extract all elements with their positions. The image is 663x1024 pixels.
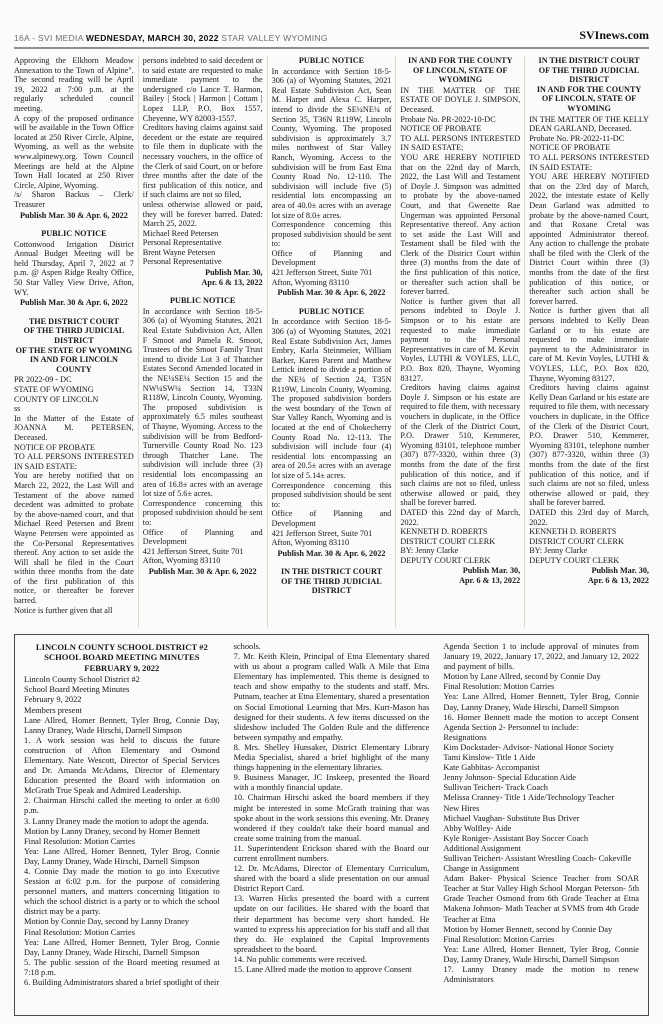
minutes-column-3: Agenda Section 1 to include approval of … bbox=[443, 642, 639, 1008]
notice-paragraph: 421 Jefferson Street, Suite 701 bbox=[272, 268, 392, 278]
notice-heading: PUBLIC NOTICE bbox=[143, 296, 263, 306]
notice-heading: PUBLIC NOTICE bbox=[272, 56, 392, 66]
notice-paragraph: Probate No. PR-2022-10-DC bbox=[400, 115, 520, 125]
notice-paragraph: 14. No public comments were received. bbox=[234, 955, 430, 965]
notice-heading: LINCOLN COUNTY SCHOOL DISTRICT #2 SCHOOL… bbox=[24, 642, 220, 673]
notice-paragraph: Final Resolution: Motion Carries bbox=[24, 928, 220, 938]
notice-paragraph: IN THE MATTER OF THE KELLY DEAN GARLAND,… bbox=[529, 115, 649, 134]
notice-paragraph: Approving the Elkhorn Meadow Annexation … bbox=[14, 56, 134, 114]
notice-paragraph: 6. Building Administrators shared a brie… bbox=[24, 978, 220, 988]
notice-paragraph: School Board Meeting Minutes bbox=[24, 685, 220, 695]
masthead-left: 16A - SVI MEDIA WEDNESDAY, MARCH 30, 202… bbox=[14, 33, 328, 43]
notice-paragraph: BY: Jenny Clarke bbox=[400, 546, 520, 556]
notice-paragraph: Kyle Roniger- Assistant Boy Soccer Coach bbox=[443, 834, 639, 844]
notice-column-5: IN THE DISTRICT COURT OF THE THIRD JUDIC… bbox=[524, 56, 649, 628]
notice-paragraph: Final Resolution: Motion Carries bbox=[24, 837, 220, 847]
notice-paragraph: DISTRICT COURT CLERK bbox=[529, 537, 649, 547]
notice-paragraph: Kim Dockstader- Advisor- National Honor … bbox=[443, 743, 639, 753]
notice-paragraph: Office of Planning and Development bbox=[272, 249, 392, 268]
notice-heading: IN AND FOR THE COUNTY OF LINCOLN, STATE … bbox=[400, 56, 520, 85]
website-link[interactable]: SVInews.com bbox=[579, 28, 649, 43]
notice-paragraph: Office of Planning and Development bbox=[272, 509, 392, 528]
notice-paragraph: Correspondence concerning this proposed … bbox=[272, 220, 392, 249]
notice-paragraph: In accordance with Section 18-5-306 (a) … bbox=[272, 317, 392, 480]
notice-paragraph: TO ALL PERSONS INTERESTED IN SAID ESTATE… bbox=[400, 134, 520, 153]
notice-paragraph: Yea: Lane Allred, Homer Bennett, Tyler B… bbox=[24, 938, 220, 958]
notice-paragraph: 13. Warren Hicks presented the board wit… bbox=[234, 894, 430, 955]
notice-paragraph: 9. Business Manager, JC Inskeep, present… bbox=[234, 773, 430, 793]
notice-paragraph: Personal Representative bbox=[143, 238, 263, 248]
notice-paragraph: Afton, Wyoming 83110 bbox=[143, 556, 263, 566]
notice-paragraph: Probate No. PR-2022-11-DC bbox=[529, 134, 649, 144]
notice-paragraph: Creditors having claims against said dec… bbox=[143, 123, 263, 200]
minutes-column-1: LINCOLN COUNTY SCHOOL DISTRICT #2 SCHOOL… bbox=[24, 642, 220, 1008]
notice-paragraph: NOTICE OF PROBATE bbox=[400, 124, 520, 134]
notice-paragraph: Notice is further given that all persons… bbox=[400, 297, 520, 355]
notice-paragraph: TO ALL PERSONS INTERESTED IN SAID ESTATE… bbox=[14, 452, 134, 471]
publish-line: Publish Mar. 30, Apr. 6 & 13, 2022 bbox=[529, 566, 649, 585]
notice-paragraph: 7. Mr. Keith Klein, Principal of Etna El… bbox=[234, 652, 430, 743]
notice-paragraph: Correspondence concerning this proposed … bbox=[272, 481, 392, 510]
notice-paragraph: Yea: Lane Allred, Homer Bennett, Tyler B… bbox=[443, 692, 639, 712]
notice-column-2: persons indebted to said decedent or to … bbox=[138, 56, 267, 628]
notice-paragraph: Correspondence concerning this proposed … bbox=[143, 499, 263, 528]
notice-paragraph: A copy of the proposed ordinance will be… bbox=[14, 114, 134, 191]
notice-heading: PUBLIC NOTICE bbox=[14, 229, 134, 239]
notice-paragraph: persons indebted to said decedent or to … bbox=[143, 56, 263, 123]
notice-paragraph: Office of Planning and Development bbox=[143, 528, 263, 547]
notice-paragraph: Motion by Connie Day, second by Lanny Dr… bbox=[24, 917, 220, 927]
notice-paragraph: In accordance with Section 18-5-306 (a) … bbox=[272, 67, 392, 221]
notice-paragraph: 16. Homer Bennett made the motion to acc… bbox=[443, 713, 639, 733]
notice-paragraph: 12. Dr. McAdams, Director of Elementary … bbox=[234, 864, 430, 894]
notice-paragraph: 4. Connie Day made the motion to go into… bbox=[24, 867, 220, 917]
notice-paragraph: Motion by Homer Bennett, second by Conni… bbox=[443, 925, 639, 935]
notice-paragraph: Change in Assignment bbox=[443, 864, 639, 874]
notice-paragraph: Adam Baker- Physical Science Teacher fro… bbox=[443, 874, 639, 924]
page-number-label: 16A - SVI MEDIA bbox=[14, 33, 83, 43]
notice-paragraph: Additional Assignment bbox=[443, 844, 639, 854]
notice-paragraph: Voyles, LUTHI & VOYLES, LLC, P.O. Box 82… bbox=[400, 354, 520, 383]
notice-paragraph: BY: Jenny Clarke bbox=[529, 546, 649, 556]
newspaper-page: 16A - SVI MEDIA WEDNESDAY, MARCH 30, 202… bbox=[0, 0, 663, 1024]
notice-paragraph: 421 Jefferson Street, Suite 701 bbox=[143, 547, 263, 557]
notice-paragraph: DATED this 22nd day of March, 2022. bbox=[400, 508, 520, 527]
notice-paragraph: Kate Gabbitas- Accompanist bbox=[443, 763, 639, 773]
notice-paragraph: Resignations bbox=[443, 733, 639, 743]
notice-paragraph: Brent Wayne Petersen bbox=[143, 248, 263, 258]
notice-heading: PUBLIC NOTICE bbox=[272, 307, 392, 317]
publish-line: Publish Mar. 30, Apr. 6 & 13, 2022 bbox=[143, 268, 263, 287]
notice-heading: THE DISTRICT COURT OF THE THIRD JUDICIAL… bbox=[14, 317, 134, 375]
notice-paragraph: KENNETH D. ROBERTS bbox=[400, 527, 520, 537]
notice-paragraph: 11. Superintendent Erickson shared with … bbox=[234, 844, 430, 864]
notice-paragraph: Notice is further given that all persons… bbox=[529, 306, 649, 383]
notice-paragraph: COUNTY OF LINCOLN bbox=[14, 395, 134, 405]
notice-paragraph: 17. Lanny Draney made the motion to rene… bbox=[443, 965, 639, 985]
notice-paragraph: NOTICE OF PROBATE bbox=[529, 143, 649, 153]
notice-paragraph: PR 2022-09 - DC bbox=[14, 375, 134, 385]
notice-paragraph: 3. Lanny Draney made the motion to adopt… bbox=[24, 817, 220, 827]
notice-paragraph: /s/ Sharon Backus – Clerk/ Treasurer bbox=[14, 190, 134, 209]
notice-paragraph: Abby Wolfley- Aide bbox=[443, 824, 639, 834]
notice-paragraph: In the Matter of the Estate of JOANNA M.… bbox=[14, 414, 134, 443]
notice-paragraph: Afton, Wyoming 83110 bbox=[272, 278, 392, 288]
notice-paragraph: 10. Chairman Hirschi asked the board mem… bbox=[234, 793, 430, 843]
publish-line: Publish Mar. 30 & Apr. 6, 2022 bbox=[143, 567, 263, 577]
notice-paragraph: KENNETH D. ROBERTS bbox=[529, 527, 649, 537]
notice-paragraph: Agenda Section 1 to include approval of … bbox=[443, 642, 639, 672]
notice-paragraph: STATE OF WYOMING bbox=[14, 385, 134, 395]
notice-paragraph: Final Resolution: Motion Carries bbox=[443, 682, 639, 692]
board-minutes-section: LINCOLN COUNTY SCHOOL DISTRICT #2 SCHOOL… bbox=[14, 634, 649, 1016]
notice-paragraph: In accordance with Section 18-5-306 (a) … bbox=[143, 307, 263, 499]
notice-paragraph: Michael Vaughan- Substitute Bus Driver bbox=[443, 814, 639, 824]
publish-line: Publish Mar. 30 & Apr. 6, 2022 bbox=[272, 549, 392, 559]
notice-paragraph: 8. Mrs. Shelley Hunsaker, District Eleme… bbox=[234, 743, 430, 773]
notice-paragraph: Jenny Johnson- Special Education Aide bbox=[443, 773, 639, 783]
notice-column-1: Approving the Elkhorn Meadow Annexation … bbox=[14, 56, 138, 628]
notice-paragraph: DEPUTY COURT CLERK bbox=[400, 556, 520, 566]
notice-paragraph: unless otherwise allowed or paid, they w… bbox=[143, 200, 263, 229]
notice-paragraph: Motion by Lane Allred, second by Connie … bbox=[443, 672, 639, 682]
notice-paragraph: Sullivan Teichert- Assistant Wrestling C… bbox=[443, 854, 639, 864]
notice-paragraph: Sullivan Teichert- Track Coach bbox=[443, 783, 639, 793]
notice-paragraph: New Hires bbox=[443, 804, 639, 814]
notice-paragraph: ss bbox=[14, 404, 134, 414]
notice-paragraph: Melissa Cranney- Title 1 Aide/Technology… bbox=[443, 793, 639, 803]
notice-paragraph: 5. The public session of the Board meeti… bbox=[24, 958, 220, 978]
notice-paragraph: Yea: Lane Allred, Homer Bennett, Tyler B… bbox=[443, 945, 639, 965]
publish-line: Publish Mar. 30 & Apr. 6, 2022 bbox=[272, 288, 392, 298]
notice-paragraph: 421 Jefferson Street, Suite 701 bbox=[272, 529, 392, 539]
notice-paragraph: YOU ARE HEREBY NOTIFIED that on the 23rd… bbox=[529, 172, 649, 306]
notice-paragraph: Creditors having claims against Doyle J.… bbox=[400, 383, 520, 508]
notice-paragraph: Members present bbox=[24, 706, 220, 716]
issue-date: WEDNESDAY, MARCH 30, 2022 bbox=[86, 33, 219, 43]
notice-paragraph: TO ALL PERSONS INTERESTED IN SAID ESTATE… bbox=[529, 153, 649, 172]
notice-paragraph: YOU ARE HEREBY NOTIFIED that on the 22nd… bbox=[400, 153, 520, 297]
notice-paragraph: DEPUTY COURT CLERK bbox=[529, 556, 649, 566]
notice-paragraph: Notice is further given that all bbox=[14, 606, 134, 616]
notice-paragraph: schools. bbox=[234, 642, 430, 652]
publication-location: STAR VALLEY WYOMING bbox=[221, 33, 327, 43]
notice-paragraph: Motion by Lanny Draney, second by Homer … bbox=[24, 827, 220, 837]
notice-column-4: IN AND FOR THE COUNTY OF LINCOLN, STATE … bbox=[395, 56, 524, 628]
notice-paragraph: DATED this 23rd day of March, 2022. bbox=[529, 508, 649, 527]
legal-notices-section: Approving the Elkhorn Meadow Annexation … bbox=[14, 56, 649, 628]
notice-paragraph: Michael Reed Petersen bbox=[143, 229, 263, 239]
notice-paragraph: Cottonwood Irrigation District Annual Bu… bbox=[14, 240, 134, 298]
publish-line: Publish Mar. 30, Apr. 6 & 13, 2022 bbox=[400, 566, 520, 585]
notice-paragraph: IN THE MATTER OF THE ESTATE OF DOYLE J. … bbox=[400, 86, 520, 115]
notice-paragraph: You are hereby notified that on March 22… bbox=[14, 471, 134, 605]
notice-paragraph: Afton, Wyoming 83110 bbox=[272, 538, 392, 548]
notice-paragraph: Final Resolution: Motion Carries bbox=[443, 935, 639, 945]
notice-paragraph: February 9, 2022 bbox=[24, 695, 220, 705]
notice-paragraph: Tami Kinslow- Title 1 Aide bbox=[443, 753, 639, 763]
masthead: 16A - SVI MEDIA WEDNESDAY, MARCH 30, 202… bbox=[14, 28, 649, 49]
notice-paragraph: Creditors having claims against Kelly De… bbox=[529, 383, 649, 508]
notice-paragraph: Lincoln County School District #2 bbox=[24, 675, 220, 685]
notice-heading: IN THE DISTRICT COURT OF THE THIRD JUDIC… bbox=[529, 56, 649, 114]
notice-paragraph: Yea: Lane Allred, Homer Bennett, Tyler B… bbox=[24, 847, 220, 867]
minutes-column-2: schools.7. Mr. Keith Klein, Principal of… bbox=[234, 642, 430, 1008]
notice-paragraph: Personal Representative bbox=[143, 257, 263, 267]
notice-paragraph: 1. A work session was held to discuss th… bbox=[24, 736, 220, 797]
notice-paragraph: 15. Lane Allred made the motion to appro… bbox=[234, 965, 430, 975]
publish-line: Publish Mar. 30 & Apr. 6, 2022 bbox=[14, 298, 134, 308]
notice-paragraph: 2. Chairman Hirschi called the meeting t… bbox=[24, 796, 220, 816]
notice-paragraph: DISTRICT COURT CLERK bbox=[400, 537, 520, 547]
notice-heading: IN THE DISTRICT COURT OF THE THIRD JUDIC… bbox=[272, 567, 392, 596]
publish-line: Publish Mar. 30 & Apr. 6, 2022 bbox=[14, 211, 134, 221]
notice-paragraph: Lane Allred, Homer Bennett, Tyler Brog, … bbox=[24, 716, 220, 736]
notice-column-3: PUBLIC NOTICEIn accordance with Section … bbox=[267, 56, 396, 628]
notice-paragraph: NOTICE OF PROBATE bbox=[14, 443, 134, 453]
